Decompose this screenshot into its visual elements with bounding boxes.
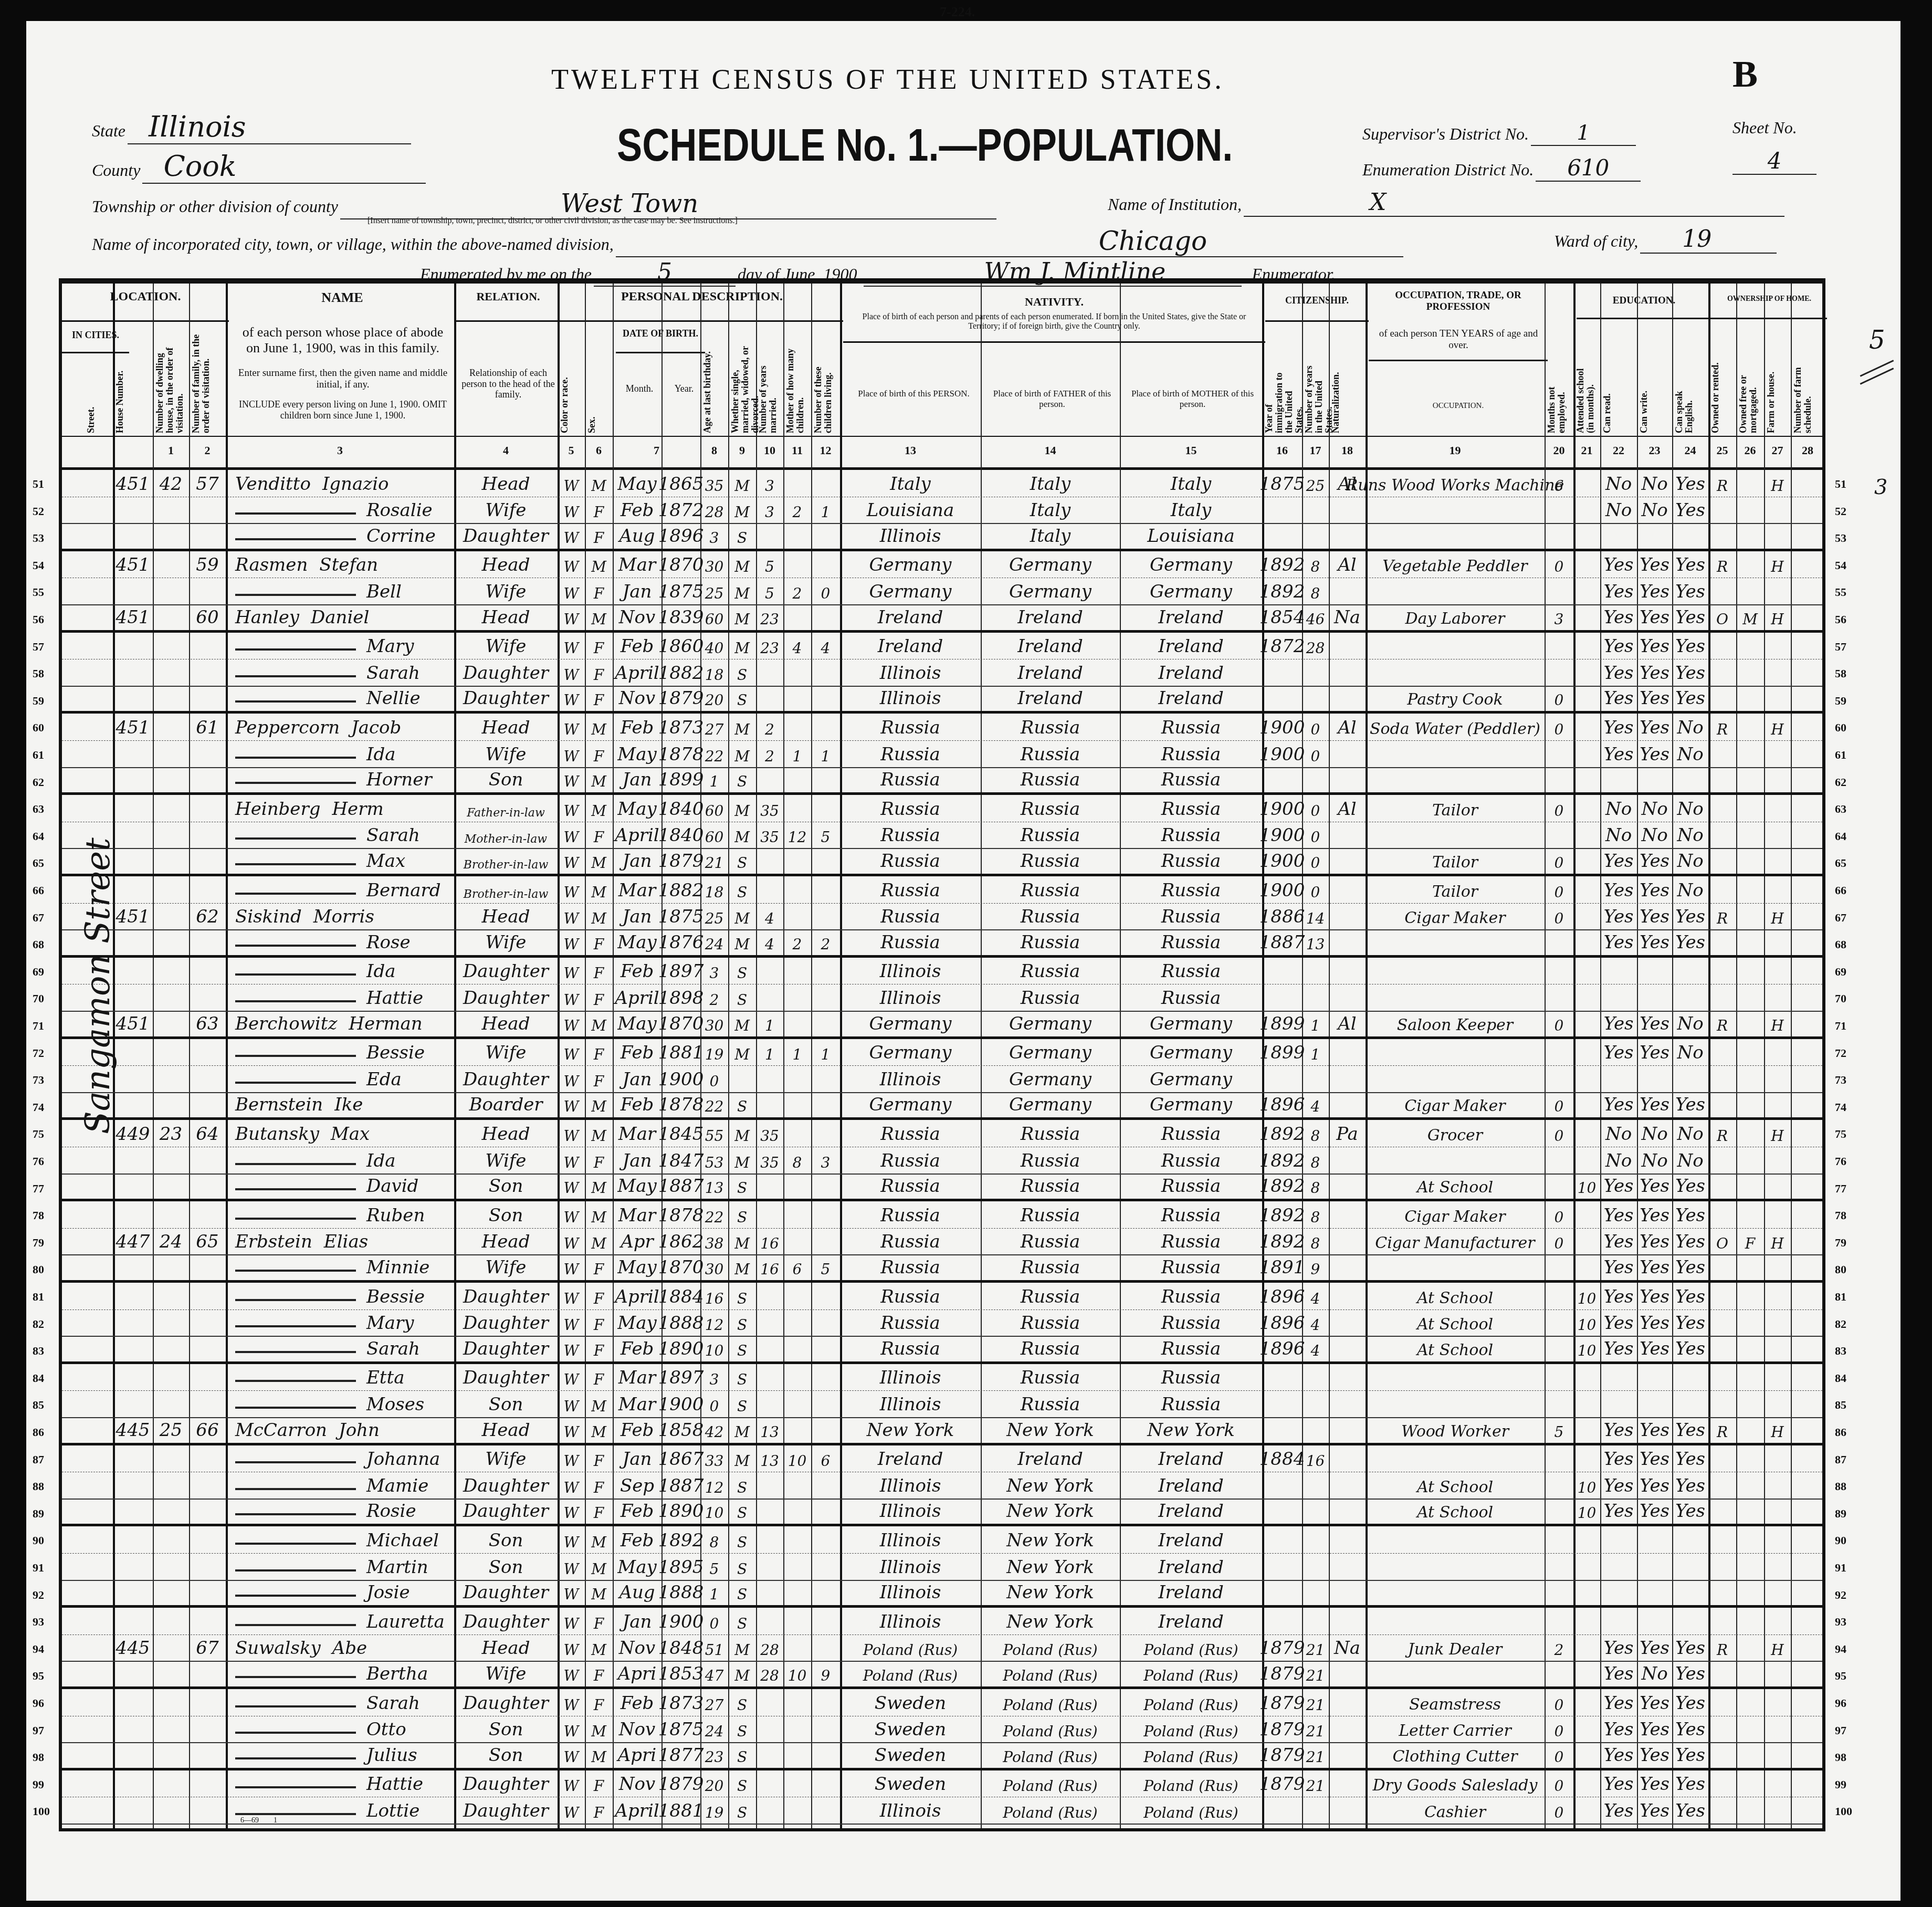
dwelling-number bbox=[153, 1012, 189, 1036]
line-number-right: 96 bbox=[1835, 1696, 1846, 1710]
col13-header: Place of birth of this PERSON. bbox=[847, 389, 981, 399]
years-married: 35 bbox=[756, 1147, 783, 1173]
family-number bbox=[189, 1337, 226, 1361]
naturalization: Al bbox=[1329, 795, 1366, 822]
immigration-year: 1879 bbox=[1262, 1662, 1302, 1686]
line-number-right: 88 bbox=[1835, 1480, 1846, 1493]
can-read: Yes bbox=[1600, 1770, 1637, 1797]
family-number bbox=[189, 849, 226, 874]
mother-birthplace: Ireland bbox=[1120, 1608, 1262, 1634]
farm-schedule bbox=[1791, 1689, 1824, 1716]
family-number: 65 bbox=[189, 1229, 226, 1255]
birth-year: 1876 bbox=[661, 930, 700, 955]
years-in-us: 4 bbox=[1302, 1310, 1329, 1336]
free-mortgaged bbox=[1736, 822, 1764, 848]
months-school bbox=[1573, 1120, 1600, 1147]
owned-rented bbox=[1708, 822, 1736, 848]
occupation bbox=[1366, 497, 1545, 523]
column-header-can-read: Can read. bbox=[1602, 362, 1635, 433]
house-number bbox=[113, 741, 153, 767]
family-number bbox=[189, 1039, 226, 1066]
color-race: W bbox=[558, 1066, 585, 1092]
table-row: BernardBrother-in-lawWMMar188218SRussiaR… bbox=[62, 876, 1822, 904]
ward-label: Ward of city, bbox=[1554, 232, 1638, 250]
age: 60 bbox=[700, 795, 728, 822]
mother-birthplace: Germany bbox=[1120, 578, 1262, 604]
occupation: Saloon Keeper bbox=[1366, 1012, 1545, 1036]
can-read: Yes bbox=[1600, 605, 1637, 630]
relation: Son bbox=[454, 1391, 558, 1417]
farm-schedule bbox=[1791, 1445, 1824, 1472]
years-in-us: 14 bbox=[1302, 904, 1329, 930]
children-living bbox=[811, 605, 840, 630]
children-living bbox=[811, 1716, 840, 1743]
father-birthplace: Russia bbox=[981, 1120, 1120, 1147]
house-number: 445 bbox=[113, 1635, 153, 1661]
children-born: 1 bbox=[783, 1039, 811, 1066]
dwelling-number bbox=[153, 1255, 189, 1280]
farm-schedule bbox=[1791, 1310, 1824, 1336]
speaks-english: No bbox=[1672, 795, 1708, 822]
immigration-year: 1892 bbox=[1262, 551, 1302, 578]
person-name: David bbox=[226, 1175, 454, 1199]
free-mortgaged bbox=[1736, 1500, 1764, 1524]
occupation: Grocer bbox=[1366, 1120, 1545, 1147]
naturalization bbox=[1329, 1066, 1366, 1092]
person-name: Moses bbox=[226, 1391, 454, 1417]
can-write: No bbox=[1637, 497, 1672, 523]
owned-rented bbox=[1708, 1554, 1736, 1580]
ditto-dash bbox=[235, 675, 356, 677]
column-number-children-living: 12 bbox=[811, 444, 840, 457]
location-header: LOCATION. bbox=[62, 290, 229, 305]
column-number-family-number: 2 bbox=[189, 444, 226, 457]
line-number-left: 81 bbox=[33, 1290, 44, 1304]
color-race: W bbox=[558, 714, 585, 740]
sex: M bbox=[585, 1229, 613, 1255]
naturalization bbox=[1329, 1445, 1366, 1472]
can-read: Yes bbox=[1600, 659, 1637, 686]
age: 0 bbox=[700, 1391, 728, 1417]
marital-status: M bbox=[728, 1039, 756, 1066]
table-row: BernsteinIkeBoarderWMFeb187822SGermanyGe… bbox=[62, 1093, 1822, 1120]
color-race: W bbox=[558, 1120, 585, 1147]
birth-year: 1878 bbox=[661, 1093, 700, 1118]
age: 21 bbox=[700, 849, 728, 874]
free-mortgaged bbox=[1736, 470, 1764, 497]
can-read: No bbox=[1600, 822, 1637, 848]
farm-or-house: H bbox=[1764, 904, 1791, 930]
can-read bbox=[1600, 1066, 1637, 1092]
months-unemployed bbox=[1545, 633, 1573, 659]
surname: Rasmen bbox=[235, 554, 308, 575]
naturalization bbox=[1329, 1201, 1366, 1228]
years-married: 5 bbox=[756, 551, 783, 578]
farm-schedule bbox=[1791, 1743, 1824, 1768]
owned-rented bbox=[1708, 1364, 1736, 1391]
farm-schedule bbox=[1791, 1066, 1824, 1092]
line-number-right: 55 bbox=[1835, 585, 1846, 599]
months-unemployed bbox=[1545, 1175, 1573, 1199]
enumeration-district-label: Enumeration District No. bbox=[1362, 160, 1534, 179]
farm-or-house: H bbox=[1764, 470, 1791, 497]
farm-or-house bbox=[1764, 1391, 1791, 1417]
ditto-dash bbox=[235, 1218, 356, 1220]
relation: Son bbox=[454, 1526, 558, 1553]
family-number bbox=[189, 1689, 226, 1716]
mother-birthplace: Russia bbox=[1120, 768, 1262, 793]
farm-or-house bbox=[1764, 1689, 1791, 1716]
table-row: 44567SuwalskyAbeHeadWMNov184851M28Poland… bbox=[62, 1635, 1822, 1662]
farm-schedule bbox=[1791, 497, 1824, 523]
birth-month: April bbox=[613, 822, 661, 848]
family-number bbox=[189, 633, 226, 659]
years-married: 35 bbox=[756, 795, 783, 822]
farm-or-house bbox=[1764, 768, 1791, 793]
owned-rented: R bbox=[1708, 1635, 1736, 1661]
immigration-year: 1900 bbox=[1262, 741, 1302, 767]
person-name: BerchowitzHerman bbox=[226, 1012, 454, 1036]
given-name: Max bbox=[331, 1124, 370, 1145]
family-number bbox=[189, 1581, 226, 1606]
farm-or-house bbox=[1764, 984, 1791, 1011]
birthplace: Sweden bbox=[840, 1716, 981, 1743]
years-in-us bbox=[1302, 497, 1329, 523]
years-in-us bbox=[1302, 1364, 1329, 1391]
months-school bbox=[1573, 1255, 1600, 1280]
personal-description-header: PERSONAL DESCRIPTION. bbox=[561, 290, 843, 305]
birthplace: Russia bbox=[840, 930, 981, 955]
can-write: Yes bbox=[1637, 687, 1672, 711]
can-read: Yes bbox=[1600, 1310, 1637, 1336]
mother-birthplace: Louisiana bbox=[1120, 524, 1262, 549]
immigration-year bbox=[1262, 1500, 1302, 1524]
farm-or-house: H bbox=[1764, 714, 1791, 740]
naturalization bbox=[1329, 1364, 1366, 1391]
mother-birthplace: Russia bbox=[1120, 1337, 1262, 1361]
line-number-right: 72 bbox=[1835, 1046, 1846, 1060]
line-number-right: 52 bbox=[1835, 505, 1846, 518]
can-write bbox=[1637, 1364, 1672, 1391]
line-number-right: 57 bbox=[1835, 640, 1846, 654]
naturalization bbox=[1329, 1500, 1366, 1524]
relation: Father-in-law bbox=[454, 795, 558, 822]
marital-status: M bbox=[728, 1229, 756, 1255]
state-value: Illinois bbox=[128, 110, 411, 144]
immigration-year bbox=[1262, 1418, 1302, 1443]
birth-month: Nov bbox=[613, 687, 661, 711]
father-birthplace: Germany bbox=[981, 578, 1120, 604]
can-read: Yes bbox=[1600, 1500, 1637, 1524]
children-living: 6 bbox=[811, 1445, 840, 1472]
free-mortgaged bbox=[1736, 958, 1764, 984]
father-birthplace: Ireland bbox=[981, 659, 1120, 686]
margin-note-top-right: 5 bbox=[1869, 326, 1885, 355]
occupation bbox=[1366, 822, 1545, 848]
relation: Son bbox=[454, 1743, 558, 1768]
mother-birthplace: Russia bbox=[1120, 1175, 1262, 1199]
months-unemployed bbox=[1545, 497, 1573, 523]
immigration-year: 1879 bbox=[1262, 1743, 1302, 1768]
column-number-father-birthplace: 14 bbox=[981, 444, 1120, 457]
speaks-english bbox=[1672, 958, 1708, 984]
person-name: McCarronJohn bbox=[226, 1418, 454, 1443]
can-read: Yes bbox=[1600, 633, 1637, 659]
given-name: Moses bbox=[366, 1394, 424, 1415]
can-read: Yes bbox=[1600, 687, 1637, 711]
years-married: 28 bbox=[756, 1662, 783, 1686]
marital-status: S bbox=[728, 1283, 756, 1309]
house-number bbox=[113, 1147, 153, 1173]
birthplace: Russia bbox=[840, 1201, 981, 1228]
given-name: Stefan bbox=[319, 554, 378, 575]
column-header-farm-or-house: Farm or house. bbox=[1766, 362, 1789, 433]
years-married: 2 bbox=[756, 741, 783, 767]
months-unemployed: 0 bbox=[1545, 714, 1573, 740]
column-header-can-write: Can write. bbox=[1639, 362, 1670, 433]
speaks-english: No bbox=[1672, 1012, 1708, 1036]
family-number bbox=[189, 1147, 226, 1173]
months-school bbox=[1573, 551, 1600, 578]
can-read: Yes bbox=[1600, 876, 1637, 903]
relation: Head bbox=[454, 714, 558, 740]
sex: M bbox=[585, 1391, 613, 1417]
months-unemployed: 3 bbox=[1545, 605, 1573, 630]
age: 0 bbox=[700, 1608, 728, 1634]
house-number bbox=[113, 849, 153, 874]
line-number-right: 100 bbox=[1835, 1805, 1852, 1818]
table-row: 4472465ErbsteinEliasHeadWMApr186238M16Ru… bbox=[62, 1229, 1822, 1256]
relation: Wife bbox=[454, 1662, 558, 1686]
months-unemployed bbox=[1545, 930, 1573, 955]
line-number-right: 54 bbox=[1835, 559, 1846, 572]
marital-status: S bbox=[728, 984, 756, 1011]
years-married: 16 bbox=[756, 1229, 783, 1255]
nativity-header: NATIVITY. bbox=[843, 295, 1265, 308]
mother-birthplace: Russia bbox=[1120, 1310, 1262, 1336]
immigration-year: 1892 bbox=[1262, 1229, 1302, 1255]
marital-status: S bbox=[728, 687, 756, 711]
can-read: No bbox=[1600, 470, 1637, 497]
naturalization bbox=[1329, 958, 1366, 984]
line-number-left: 67 bbox=[33, 911, 44, 925]
months-school bbox=[1573, 1770, 1600, 1797]
birth-year: 1862 bbox=[661, 1229, 700, 1255]
line-number-right: 93 bbox=[1835, 1615, 1846, 1629]
months-school bbox=[1573, 497, 1600, 523]
ditto-dash bbox=[235, 837, 356, 840]
farm-schedule bbox=[1791, 904, 1824, 930]
birth-year: 1865 bbox=[661, 470, 700, 497]
naturalization bbox=[1329, 1554, 1366, 1580]
birth-month: Feb bbox=[613, 958, 661, 984]
color-race: W bbox=[558, 1364, 585, 1391]
farm-schedule bbox=[1791, 1716, 1824, 1743]
immigration-year bbox=[1262, 1554, 1302, 1580]
speaks-english: Yes bbox=[1672, 1255, 1708, 1280]
birth-month: May bbox=[613, 1012, 661, 1036]
mother-birthplace: Ireland bbox=[1120, 1500, 1262, 1524]
owned-rented bbox=[1708, 1039, 1736, 1066]
birth-month: May bbox=[613, 1310, 661, 1336]
can-write: Yes bbox=[1637, 741, 1672, 767]
naturalization bbox=[1329, 1310, 1366, 1336]
birth-year: 1884 bbox=[661, 1283, 700, 1309]
relation: Son bbox=[454, 1554, 558, 1580]
relation: Mother-in-law bbox=[454, 822, 558, 848]
house-number bbox=[113, 1093, 153, 1118]
farm-schedule bbox=[1791, 1500, 1824, 1524]
occupation: At School bbox=[1366, 1310, 1545, 1336]
family-number: 63 bbox=[189, 1012, 226, 1036]
sex: F bbox=[585, 1066, 613, 1092]
line-number-left: 78 bbox=[33, 1209, 44, 1222]
birth-month: Jan bbox=[613, 1608, 661, 1634]
naturalization bbox=[1329, 1147, 1366, 1173]
column-number-owned-rented: 25 bbox=[1708, 444, 1736, 457]
given-name: Nellie bbox=[366, 688, 421, 709]
table-row: JosieDaughterWMAug18881SIllinoisNew York… bbox=[62, 1581, 1822, 1608]
column-header-free-mortgaged: Owned free or mortgaged. bbox=[1738, 362, 1762, 433]
birthplace: Germany bbox=[840, 1012, 981, 1036]
children-living bbox=[811, 1526, 840, 1553]
months-school bbox=[1573, 1608, 1600, 1634]
naturalization bbox=[1329, 633, 1366, 659]
children-living bbox=[811, 768, 840, 793]
father-birthplace: Poland (Rus) bbox=[981, 1797, 1120, 1824]
given-name: Bernard bbox=[366, 880, 441, 901]
months-unemployed: 5 bbox=[1545, 1418, 1573, 1443]
relation: Head bbox=[454, 1635, 558, 1661]
sex: F bbox=[585, 1310, 613, 1336]
father-birthplace: Poland (Rus) bbox=[981, 1689, 1120, 1716]
age: 47 bbox=[700, 1662, 728, 1686]
children-born bbox=[783, 1797, 811, 1824]
house-number bbox=[113, 1283, 153, 1309]
table-row: HornerSonWMJan18991SRussiaRussiaRussia bbox=[62, 768, 1822, 795]
speaks-english: Yes bbox=[1672, 1689, 1708, 1716]
line-number-right: 76 bbox=[1835, 1155, 1846, 1168]
sex: M bbox=[585, 551, 613, 578]
mother-birthplace: New York bbox=[1120, 1418, 1262, 1443]
supervisor-district-label: Supervisor's District No. bbox=[1362, 124, 1529, 143]
birth-month: Mar bbox=[613, 551, 661, 578]
column-header-naturalization: Naturalization. bbox=[1331, 362, 1363, 433]
birthplace: Russia bbox=[840, 876, 981, 903]
father-birthplace: Germany bbox=[981, 1012, 1120, 1036]
marital-status: M bbox=[728, 714, 756, 740]
birth-year: 1890 bbox=[661, 1500, 700, 1524]
ditto-dash bbox=[235, 1513, 356, 1515]
house-number bbox=[113, 1445, 153, 1472]
ditto-dash bbox=[235, 782, 356, 784]
given-name: Abe bbox=[332, 1638, 367, 1659]
months-unemployed: 0 bbox=[1545, 1120, 1573, 1147]
table-row: BellWifeWFJan187525M520GermanyGermanyGer… bbox=[62, 578, 1822, 605]
house-number bbox=[113, 1201, 153, 1228]
dwelling-number bbox=[153, 1445, 189, 1472]
house-number bbox=[113, 1337, 153, 1361]
family-number bbox=[189, 1445, 226, 1472]
years-in-us bbox=[1302, 1526, 1329, 1553]
occupation: At School bbox=[1366, 1175, 1545, 1199]
house-number bbox=[113, 1662, 153, 1686]
marital-status: M bbox=[728, 1635, 756, 1661]
immigration-year bbox=[1262, 659, 1302, 686]
sex: M bbox=[585, 795, 613, 822]
farm-or-house bbox=[1764, 1445, 1791, 1472]
marital-status: M bbox=[728, 904, 756, 930]
months-school bbox=[1573, 687, 1600, 711]
immigration-year bbox=[1262, 687, 1302, 711]
line-number-left: 87 bbox=[33, 1453, 44, 1466]
speaks-english bbox=[1672, 768, 1708, 793]
birth-month: Feb bbox=[613, 714, 661, 740]
immigration-year: 1872 bbox=[1262, 633, 1302, 659]
children-living: 5 bbox=[811, 1255, 840, 1280]
age: 18 bbox=[700, 659, 728, 686]
birth-month: Mar bbox=[613, 1364, 661, 1391]
owned-rented bbox=[1708, 849, 1736, 874]
months-school: 10 bbox=[1573, 1310, 1600, 1336]
can-write: Yes bbox=[1637, 659, 1672, 686]
line-number-right: 75 bbox=[1835, 1127, 1846, 1141]
can-read: Yes bbox=[1600, 1093, 1637, 1118]
age: 30 bbox=[700, 1012, 728, 1036]
marital-status: M bbox=[728, 605, 756, 630]
person-name: Sarah bbox=[226, 1689, 454, 1716]
children-born bbox=[783, 1500, 811, 1524]
column-header-marital-status: Whether single, married, widowed, or div… bbox=[730, 333, 754, 433]
line-number-left: 76 bbox=[33, 1155, 44, 1168]
family-number: 59 bbox=[189, 551, 226, 578]
can-read: Yes bbox=[1600, 1445, 1637, 1472]
mother-birthplace: Poland (Rus) bbox=[1120, 1716, 1262, 1743]
months-unemployed bbox=[1545, 741, 1573, 767]
naturalization bbox=[1329, 1255, 1366, 1280]
farm-schedule bbox=[1791, 1526, 1824, 1553]
column-header-street: Street. bbox=[86, 333, 111, 433]
free-mortgaged bbox=[1736, 1743, 1764, 1768]
years-married bbox=[756, 1391, 783, 1417]
marital-status: S bbox=[728, 1175, 756, 1199]
given-name: Bessie bbox=[366, 1286, 425, 1307]
given-name: Morris bbox=[313, 906, 374, 927]
dwelling-number bbox=[153, 1608, 189, 1634]
immigration-year: 1884 bbox=[1262, 1445, 1302, 1472]
surname: Suwalsky bbox=[235, 1638, 321, 1659]
naturalization bbox=[1329, 904, 1366, 930]
occupation-description: of each person TEN YEARS of age and over… bbox=[1372, 328, 1545, 351]
birth-year: 1897 bbox=[661, 958, 700, 984]
immigration-year: 1896 bbox=[1262, 1337, 1302, 1361]
birth-month: May bbox=[613, 741, 661, 767]
immigration-year: 1896 bbox=[1262, 1283, 1302, 1309]
mother-birthplace: Russia bbox=[1120, 930, 1262, 955]
occupation-header: OCCUPATION, TRADE, OR PROFESSION bbox=[1369, 290, 1548, 313]
person-name: Bernard bbox=[226, 876, 454, 903]
children-living bbox=[811, 1743, 840, 1768]
sex: M bbox=[585, 1120, 613, 1147]
months-school: 10 bbox=[1573, 1472, 1600, 1499]
column-number-naturalization: 18 bbox=[1329, 444, 1366, 457]
column-number-birthplace: 13 bbox=[840, 444, 981, 457]
owned-rented: R bbox=[1708, 714, 1736, 740]
birth-year: 1892 bbox=[661, 1526, 700, 1553]
sex: F bbox=[585, 958, 613, 984]
owned-rented bbox=[1708, 930, 1736, 955]
sex: F bbox=[585, 930, 613, 955]
